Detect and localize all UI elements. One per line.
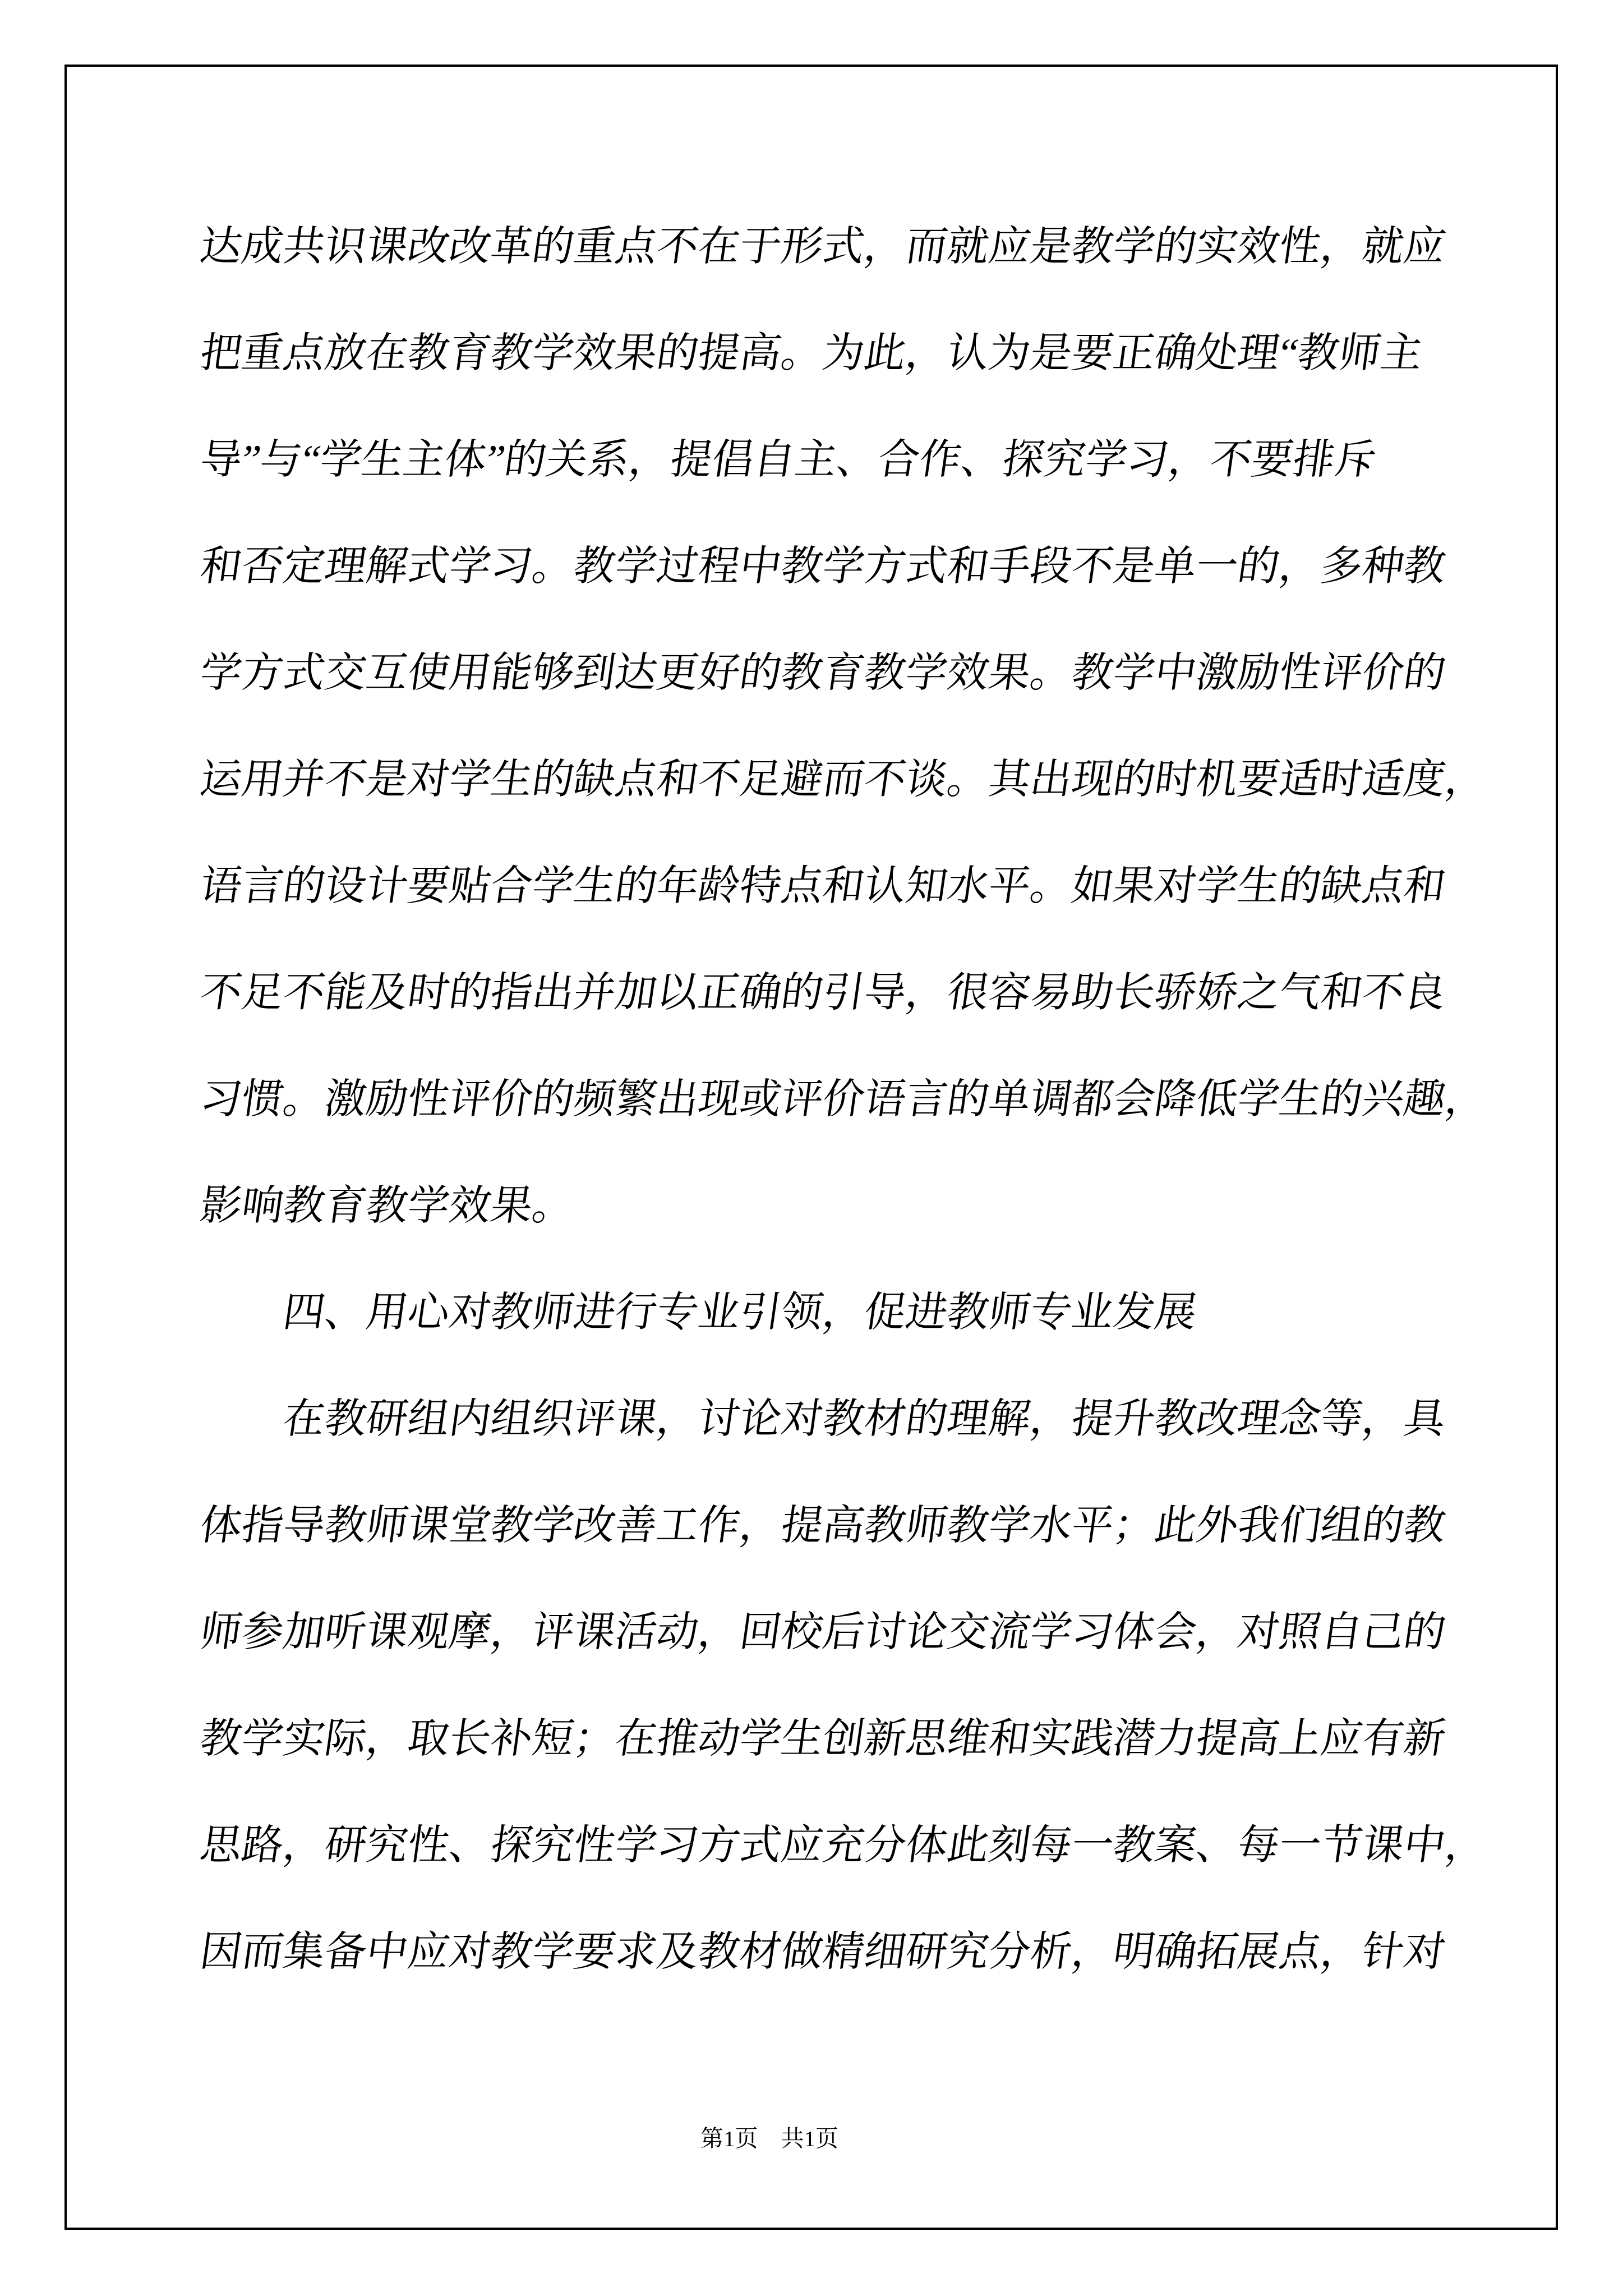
page-footer: 第1页 共1页 — [0, 2122, 1539, 2155]
text-line: 习惯。激励性评价的频繁出现或评价语言的单调都会降低学生的兴趣， — [193, 1046, 1498, 1153]
text-line: 因而集备中应对教学要求及教材做精细研究分析，明确拓展点，针对 — [193, 1899, 1498, 2005]
text-line: 导”与“学生主体”的关系，提倡自主、合作、探究学习，不要排斥 — [193, 407, 1498, 513]
section-heading: 四、用心对教师进行专业引领，促进教师专业发展 — [193, 1259, 1498, 1366]
text-line: 体指导教师课堂教学改善工作，提高教师教学水平；此外我们组的教 — [193, 1473, 1498, 1579]
text-line: 语言的设计要贴合学生的年龄特点和认知水平。如果对学生的缺点和 — [193, 833, 1498, 940]
text-line: 达成共识课改改革的重点不在于形式，而就应是教学的实效性，就应 — [193, 194, 1498, 300]
text-line: 师参加听课观摩，评课活动，回校后讨论交流学习体会，对照自己的 — [193, 1579, 1498, 1686]
page-number-label: 第1页 共1页 — [700, 2125, 838, 2151]
text-line: 思路，研究性、探究性学习方式应充分体此刻每一教案、每一节课中， — [193, 1792, 1498, 1899]
text-line: 学方式交互使用能够到达更好的教育教学效果。教学中激励性评价的 — [193, 620, 1498, 726]
text-line: 运用并不是对学生的缺点和不足避而不谈。其出现的时机要适时适度， — [193, 726, 1498, 833]
text-line: 和否定理解式学习。教学过程中教学方式和手段不是单一的，多种教 — [193, 513, 1498, 620]
text-line: 在教研组内组织评课，讨论对教材的理解，提升教改理念等，具 — [193, 1366, 1498, 1473]
text-line: 影响教育教学效果。 — [193, 1153, 1498, 1259]
text-line: 教学实际，取长补短；在推动学生创新思维和实践潜力提高上应有新 — [193, 1686, 1498, 1792]
text-line: 把重点放在教育教学效果的提高。为此，认为是要正确处理“教师主 — [193, 300, 1498, 407]
document-body: 达成共识课改改革的重点不在于形式，而就应是教学的实效性，就应 把重点放在教育教学… — [193, 194, 1483, 2005]
text-line: 不足不能及时的指出并加以正确的引导，很容易助长骄娇之气和不良 — [193, 940, 1498, 1046]
